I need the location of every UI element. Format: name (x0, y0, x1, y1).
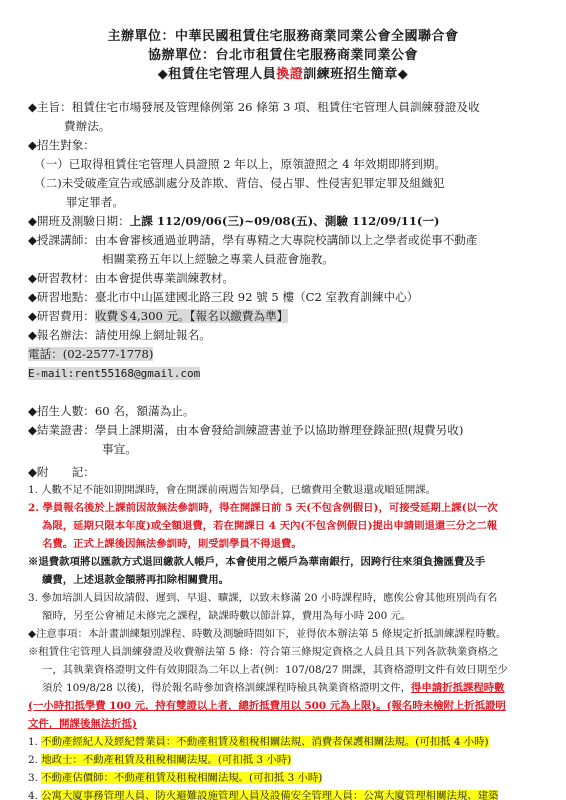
deduction-item-1: 1. 不動產經紀人及經紀營業員：不動產租賃及租稅相關法規、消費者保護相關法規。(… (28, 734, 489, 752)
note-3-line-2: 額時，另至公會補足未修完之課程，缺課時數以節計算，費用為每小時 200 元。 (42, 608, 411, 626)
deduction-num: 1. (28, 736, 38, 748)
title-suffix: 訓練班招生簡章◆ (303, 67, 408, 82)
email-link[interactable]: E-mail:rent55168@gmail.com (28, 367, 200, 380)
deduction-item-4: 4. 公寓大廈事務管理人員、防火避難設施管理人員及設備安全管理人員：公寓大廈管理… (28, 788, 498, 800)
organizer-line: 主辦單位：中華民國租賃住宅服務商業同業公會全國聯合會 (0, 27, 566, 46)
deduction-num: 3. (28, 772, 38, 784)
instructor-line-2: 相關業務五年以上經驗之專業人員蒞會施教。 (102, 250, 334, 269)
deduction-num: 2. (28, 754, 38, 766)
deduction-num: 4. (28, 790, 38, 800)
rule-line-1: ※租賃住宅管理人員訓練發證及收費辦法第 5 條：符合第三條規定資格之人員且具下列… (28, 644, 498, 662)
certificate-line-1: ◆結業證書：學員上課期滿，由本會發給訓練證書並予以協助辦理登錄証照(規費另收) (28, 421, 463, 440)
fee-line: ◆研習費用：收費＄4,300 元。【報名以繳費為準】 (28, 307, 288, 326)
deduction-text: 地政士：不動產租賃及租稅相關法規。(可扣抵 3 小時) (41, 754, 291, 766)
schedule-value: 上課 112/09/06(三)~09/08(五)、測驗 112/09/11(一) (130, 214, 440, 228)
capacity-line: ◆招生人數：60 名，額滿為止。 (28, 402, 194, 421)
location-line: ◆研習地點：臺北市中山區建國北路三段 92 號 5 樓（C2 室教育訓練中心） (28, 288, 418, 307)
rule-line-3-text: 須於 109/8/28 以後)，得於報名時參加資格訓練課程時檢具執業資格證明文件… (42, 682, 411, 694)
attention-line: ◆注意事項：本計畫訓練類別課程、時數及測驗時間如下，並得依本辦法第 5 條規定折… (28, 626, 506, 644)
schedule-line: ◆開班及測驗日期：上課 112/09/06(三)~09/08(五)、測驗 112… (28, 212, 440, 231)
fee-label: ◆研習費用： (28, 309, 95, 323)
materials-line: ◆研習教材：由本會提供專業訓練教材。 (28, 269, 234, 288)
instructor-line-1: ◆授課講師：由本會審核通過並聘請，學有專精之大專院校講師以上之學者或從事不動產 (28, 231, 477, 250)
eligibility-item-2-line-1: （二)未受破產宣告或感訓處分及詐欺、背信、侵占罪、性侵害犯罪定罪及組織犯 (34, 174, 444, 193)
rule-line-3: 須於 109/8/28 以後)，得於報名時參加資格訓練課程時檢具執業資格證明文件… (42, 680, 505, 698)
document-header: 主辦單位：中華民國租賃住宅服務商業同業公會全國聯合會 協辦單位：台北市租賃住宅服… (0, 27, 566, 84)
purpose-line-2: 費辦法。 (64, 117, 110, 136)
purpose-line-1: ◆主旨：租賃住宅市場發展及管理條例第 26 條第 3 項、租賃住宅管理人員訓練發… (28, 98, 480, 117)
document-title: ◆租賃住宅管理人員換證訓練班招生簡章◆ (0, 65, 566, 84)
phone-value: 電話：(02-2577-1778) (28, 347, 153, 361)
rule-line-4: (一小時扣抵學費 100 元，持有雙證以上者，總折抵費用以 500 元為上限)。… (28, 698, 506, 716)
note-2-line-3: 名費。正式上課後因無法參訓時，則受訓學員不得退費。 (42, 536, 302, 554)
eligibility-label: ◆招生對象： (28, 136, 95, 155)
fee-value: 收費＄4,300 元。【報名以繳費為準】 (95, 309, 288, 323)
co-organizer-line: 協辦單位：台北市租賃住宅服務商業同業公會 (0, 46, 566, 65)
title-prefix: ◆租賃住宅管理人員 (158, 67, 277, 82)
deduction-item-2: 2. 地政士：不動產租賃及租稅相關法規。(可扣抵 3 小時) (28, 752, 291, 770)
flyer-page: 主辦單位：中華民國租賃住宅服務商業同業公會全國聯合會 協辦單位：台北市租賃住宅服… (0, 0, 566, 800)
eligibility-item-2-line-2: 罪定罪者。 (66, 193, 124, 212)
refund-line-2: 續費，上述退款金額將再扣除相關費用。 (42, 572, 229, 590)
schedule-label: ◆開班及測驗日期： (28, 214, 130, 228)
note-2-line-1: 2. 學員報名後於上課前因故無法參訓時，得在開課日前 5 天(不包含例假日)，可… (28, 500, 498, 518)
refund-line-1: ※退費款項將以匯款方式退回繳款人帳戶，本會使用之帳戶為華南銀行，因跨行往來須負擔… (28, 554, 485, 572)
rule-line-3-highlight: 得申請折抵課程時數 (411, 682, 505, 694)
rule-line-5: 文件，開課後無法折抵) (28, 716, 137, 734)
deduction-item-3: 3. 不動產估價師：不動產租賃及租稅相關法規。(可扣抵 3 小時) (28, 770, 322, 788)
notes-label: ◆附 記： (28, 463, 95, 482)
note-3-line-1: 3. 參加培訓人員因故請假、遲到、早退、曠課，以致未修滿 20 小時課程時，應俟… (28, 590, 497, 608)
registration-line: ◆報名辦法：請使用線上網址報名。 (28, 326, 211, 345)
deduction-text: 不動產估價師：不動產租賃及租稅相關法規。(可扣抵 3 小時) (41, 772, 322, 784)
note-2-line-2: 為限，延期只限本年度)或全額退費，若在開課日 4 天內(不包含例假日)提出申請則… (42, 518, 497, 536)
deduction-text: 不動產經紀人及經紀營業員：不動產租賃及租稅相關法規、消費者保護相關法規。(可扣抵… (41, 736, 488, 748)
email-line: E-mail:rent55168@gmail.com (28, 364, 200, 383)
note-1: 1. 人數不足不能如期開課時，會在開課前兩週告知學員，已繳費用全數退還或順延開課… (28, 482, 436, 500)
deduction-text: 公寓大廈事務管理人員、防火避難設施管理人員及設備安全管理人員：公寓大廈管理相關法… (41, 790, 498, 800)
certificate-line-2: 事宜。 (102, 440, 137, 459)
title-highlight: 換證 (276, 67, 303, 82)
phone-line: 電話：(02-2577-1778) (28, 345, 153, 364)
rule-line-2: 一，其執業資格證明文件有效期限為二年以上者(例：107/08/27 開課，其資格… (42, 662, 508, 680)
eligibility-item-1: （一）已取得租賃住宅管理人員證照 2 年以上，原領證照之 4 年效期即將到期。 (34, 155, 446, 174)
